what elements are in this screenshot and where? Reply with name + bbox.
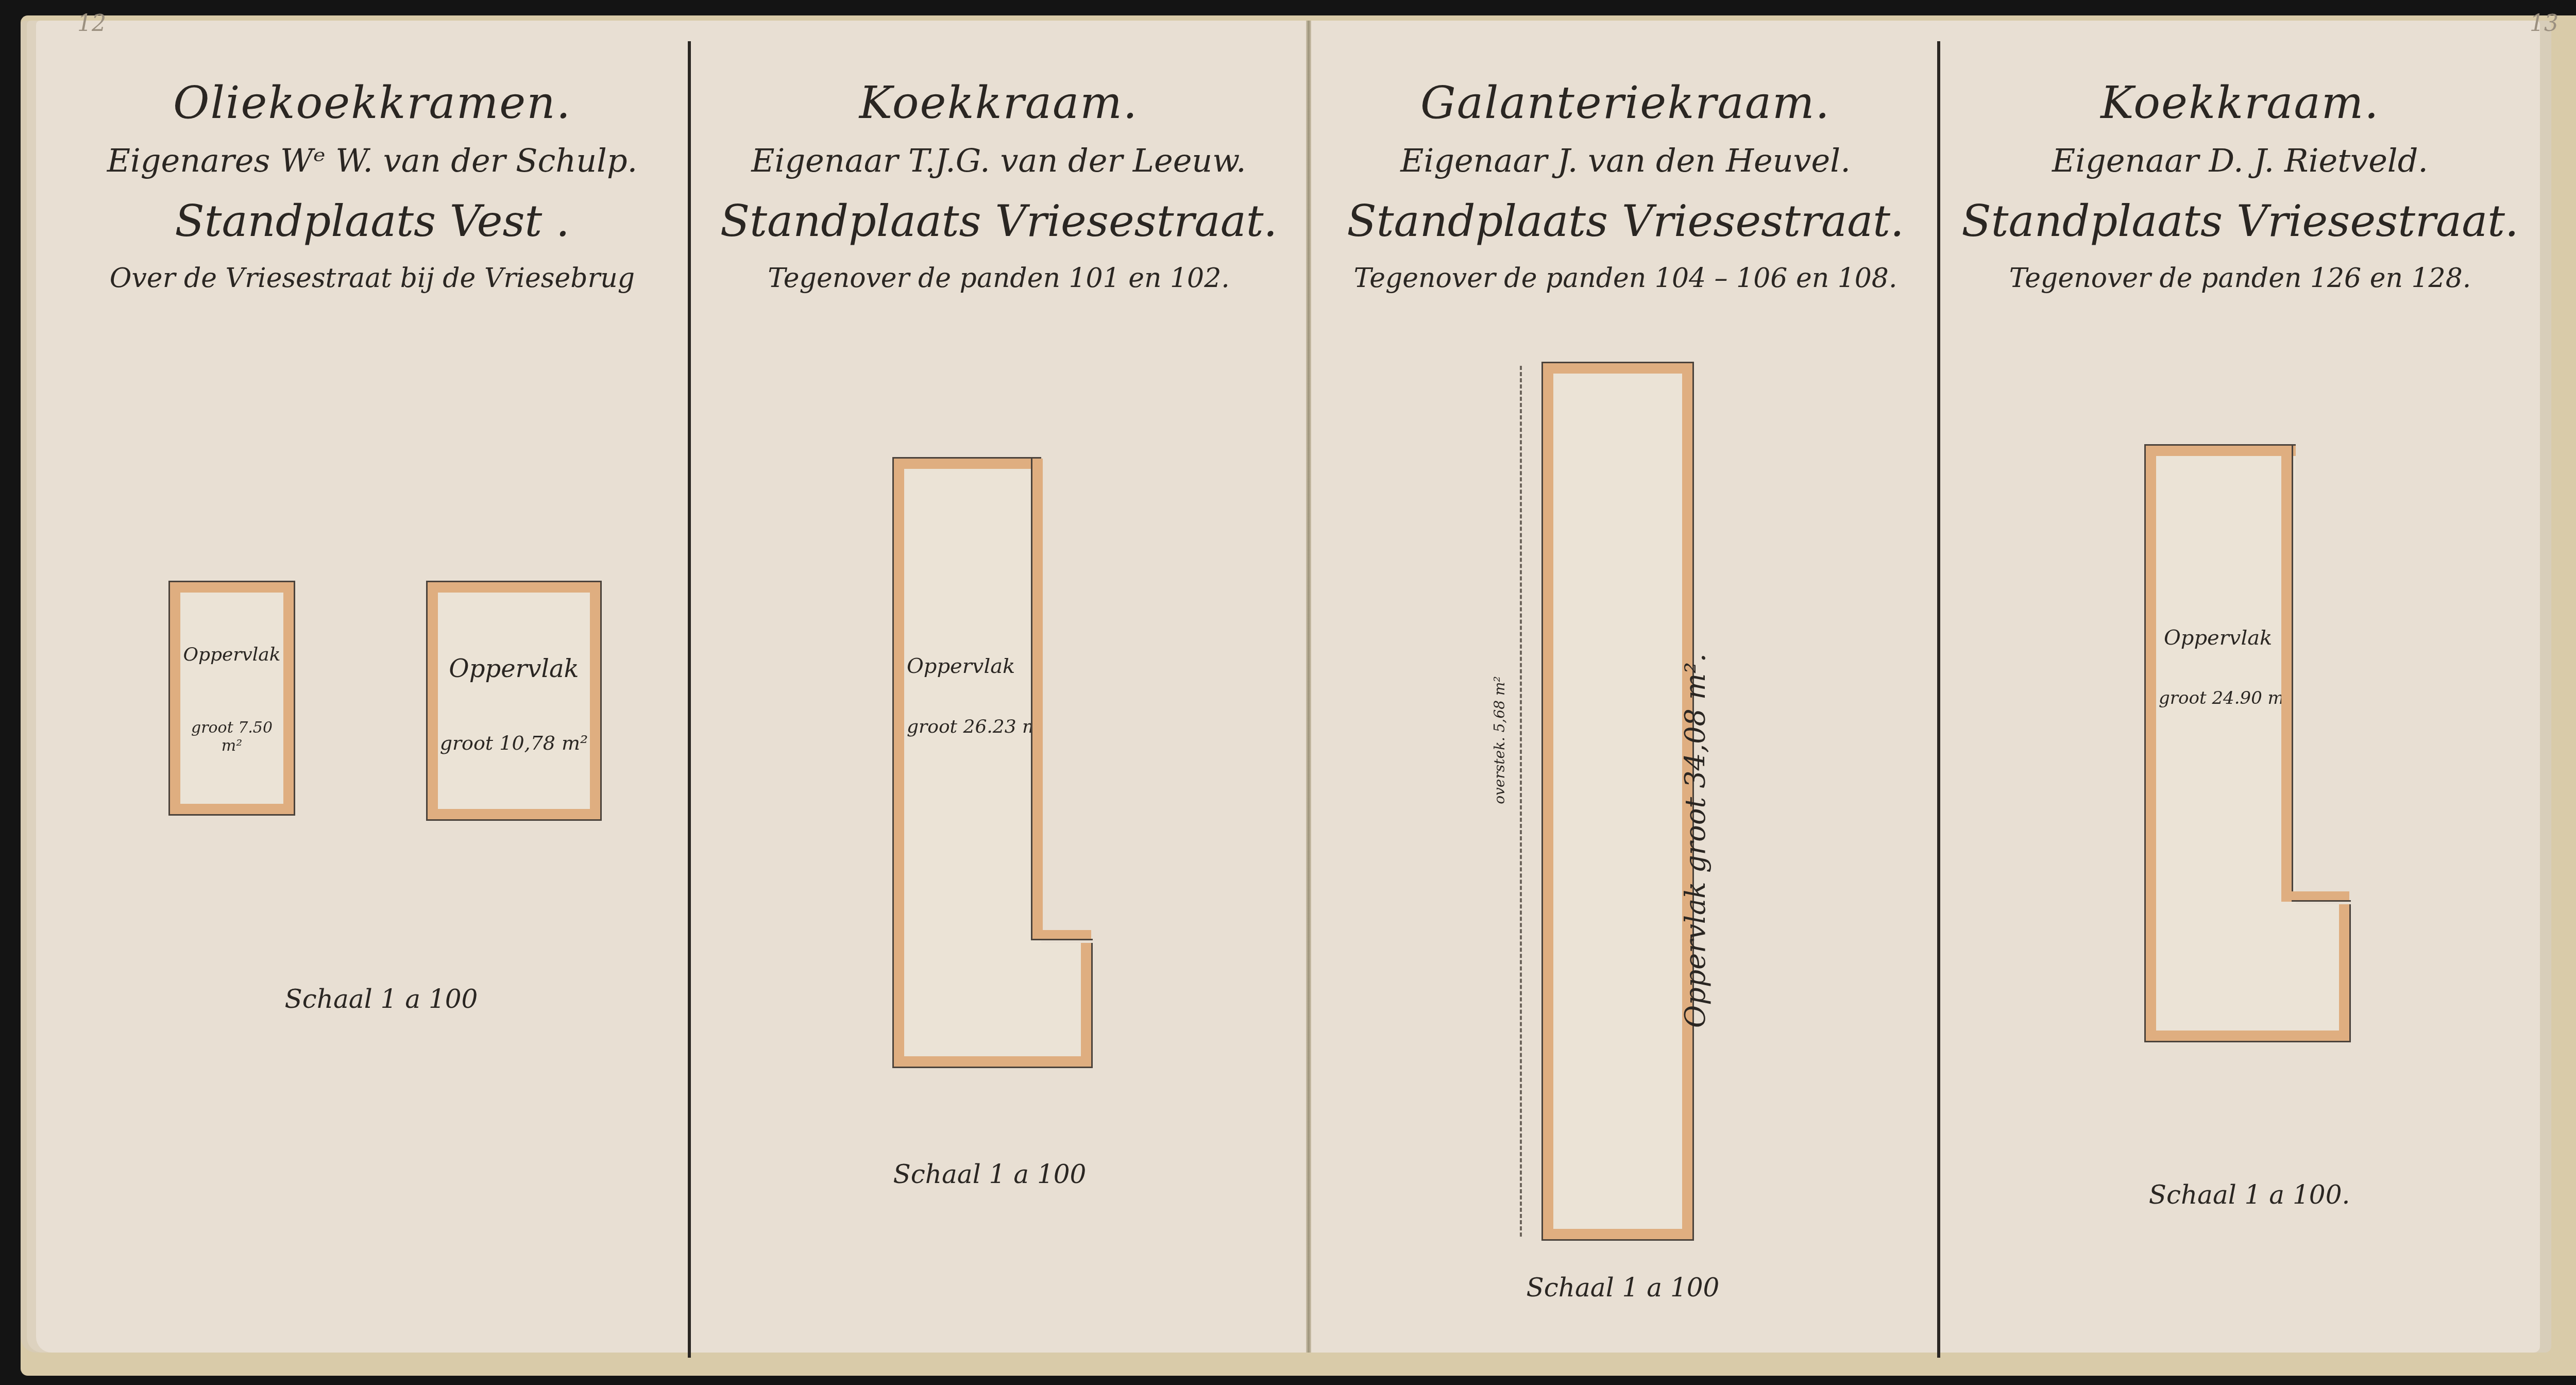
panel-title: Galanteriekraam. [1314,77,1937,129]
page-number-left: 12 [77,10,106,37]
plan-notch [2296,441,2352,904]
panel-title: Koekkraam. [1940,77,2540,129]
floor-plan: Oppervlak groot 7.50 m² [170,582,294,814]
panel-owner: Eigenaar D. J. Rietveld. [1940,142,2540,179]
overhang-outline [1520,366,1522,1237]
plan-notch [1041,453,1098,943]
panel-koekkraam-van-der-leeuw: Koekkraam. Eigenaar T.J.G. van der Leeuw… [691,41,1307,1345]
plan-area: groot 7.50 m² [180,719,283,755]
plan-area: Oppervlak groot 34,08 m². [1679,583,1711,1099]
plan-edge [1031,939,1093,940]
panel-owner: Eigenaar J. van den Heuvel. [1314,142,1937,179]
overhang-area: overstek. 5,68 m² [1491,586,1508,895]
floor-plan [1543,363,1692,1239]
floor-plan: Oppervlak groot 10,78 m² [428,582,600,819]
panel-detail: Tegenover de panden 104 – 106 en 108. [1314,263,1937,294]
plan-label: Oppervlak [438,654,590,683]
book-gutter [1306,21,1311,1353]
panel-location: Standplaats Vest . [57,196,688,246]
panel-title: Oliekoekkramen. [57,77,688,129]
panel-detail: Over de Vriesestraat bij de Vriesebrug [57,263,688,294]
panel-owner: Eigenares Wᵉ W. van der Schulp. [57,142,688,179]
panel-detail: Tegenover de panden 126 en 128. [1940,263,2540,294]
panel-title: Koekkraam. [691,77,1307,129]
panel-location: Standplaats Vriesestraat. [691,196,1307,246]
page-number-right: 13 [2530,10,2558,37]
plan-edge [2292,900,2351,902]
panel-location: Standplaats Vriesestraat. [1940,196,2540,246]
plan-wash [2281,446,2292,902]
plan-wash [1032,459,1043,940]
scale-note: Schaal 1 a 100 [887,1159,1093,1189]
panel-location: Standplaats Vriesestraat. [1314,196,1937,246]
plan-label: Oppervlak [180,644,283,665]
scale-note: Schaal 1 a 100. [2141,1180,2358,1210]
panel-owner: Eigenaar T.J.G. van der Leeuw. [691,142,1307,179]
panel-koekkraam-rietveld: Koekkraam. Eigenaar D. J. Rietveld. Stan… [1940,41,2540,1345]
scale-note: Schaal 1 a 100 [278,984,484,1014]
panel-oliekoekkramen: Oliekoekkramen. Eigenares Wᵉ W. van der … [57,41,688,1345]
scale-note: Schaal 1 a 100 [1520,1273,1726,1303]
panel-detail: Tegenover de panden 101 en 102. [691,263,1307,294]
panel-galanteriekraam: Galanteriekraam. Eigenaar J. van den Heu… [1314,41,1937,1345]
plan-edge [2292,446,2293,902]
plan-area: groot 10,78 m² [438,732,590,754]
